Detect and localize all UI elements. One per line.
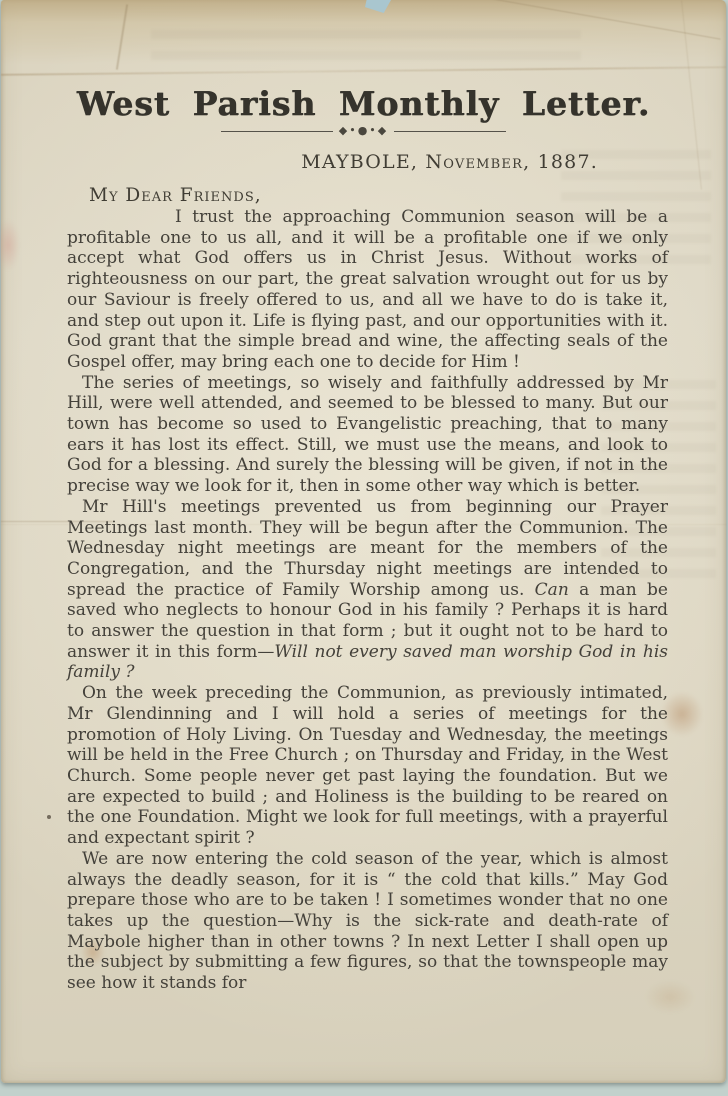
letter-paragraph: I trust the approaching Communion season…	[67, 207, 668, 373]
letter-paragraph: Mr Hill's meetings prevented us from beg…	[67, 497, 668, 683]
letter-paragraph: On the week preceding the Communion, as …	[67, 683, 668, 849]
fold-crease-line	[1, 66, 726, 76]
scanned-letter-page: West Parish Monthly Letter. ◆•●•◆ MAYBOL…	[0, 0, 728, 1096]
dateline-year: 1887.	[538, 151, 598, 173]
letter-paragraph: We are now entering the cold season of t…	[67, 849, 668, 994]
divider-rule-right	[394, 131, 506, 132]
letter-paragraph: The series of meetings, so wisely and fa…	[67, 373, 668, 497]
newsletter-masthead: West Parish Monthly Letter.	[1, 84, 726, 123]
paragraph-text: We are now entering the cold season of t…	[67, 849, 668, 993]
salutation: My Dear Friends,	[89, 185, 262, 206]
paragraph-text: On the week preceding the Communion, as …	[67, 683, 668, 848]
letter-body: I trust the approaching Communion season…	[67, 207, 668, 994]
italic-phrase: Can	[535, 580, 569, 600]
divider-rule-left	[221, 131, 333, 132]
dateline: MAYBOLE, November, 1887.	[1, 151, 726, 173]
showthrough-text	[151, 30, 581, 66]
paper-sheet: West Parish Monthly Letter. ◆•●•◆ MAYBOL…	[1, 0, 726, 1083]
paragraph-text: The series of meetings, so wisely and fa…	[67, 373, 668, 497]
divider-glyphs: ◆•●•◆	[333, 126, 395, 136]
dateline-month: November,	[425, 151, 530, 173]
dateline-place: MAYBOLE,	[301, 151, 418, 173]
stain	[0, 212, 23, 278]
ink-speck	[47, 815, 51, 819]
paragraph-text: I trust the approaching Communion season…	[67, 207, 668, 372]
divider-ornament: ◆•●•◆	[1, 126, 726, 136]
